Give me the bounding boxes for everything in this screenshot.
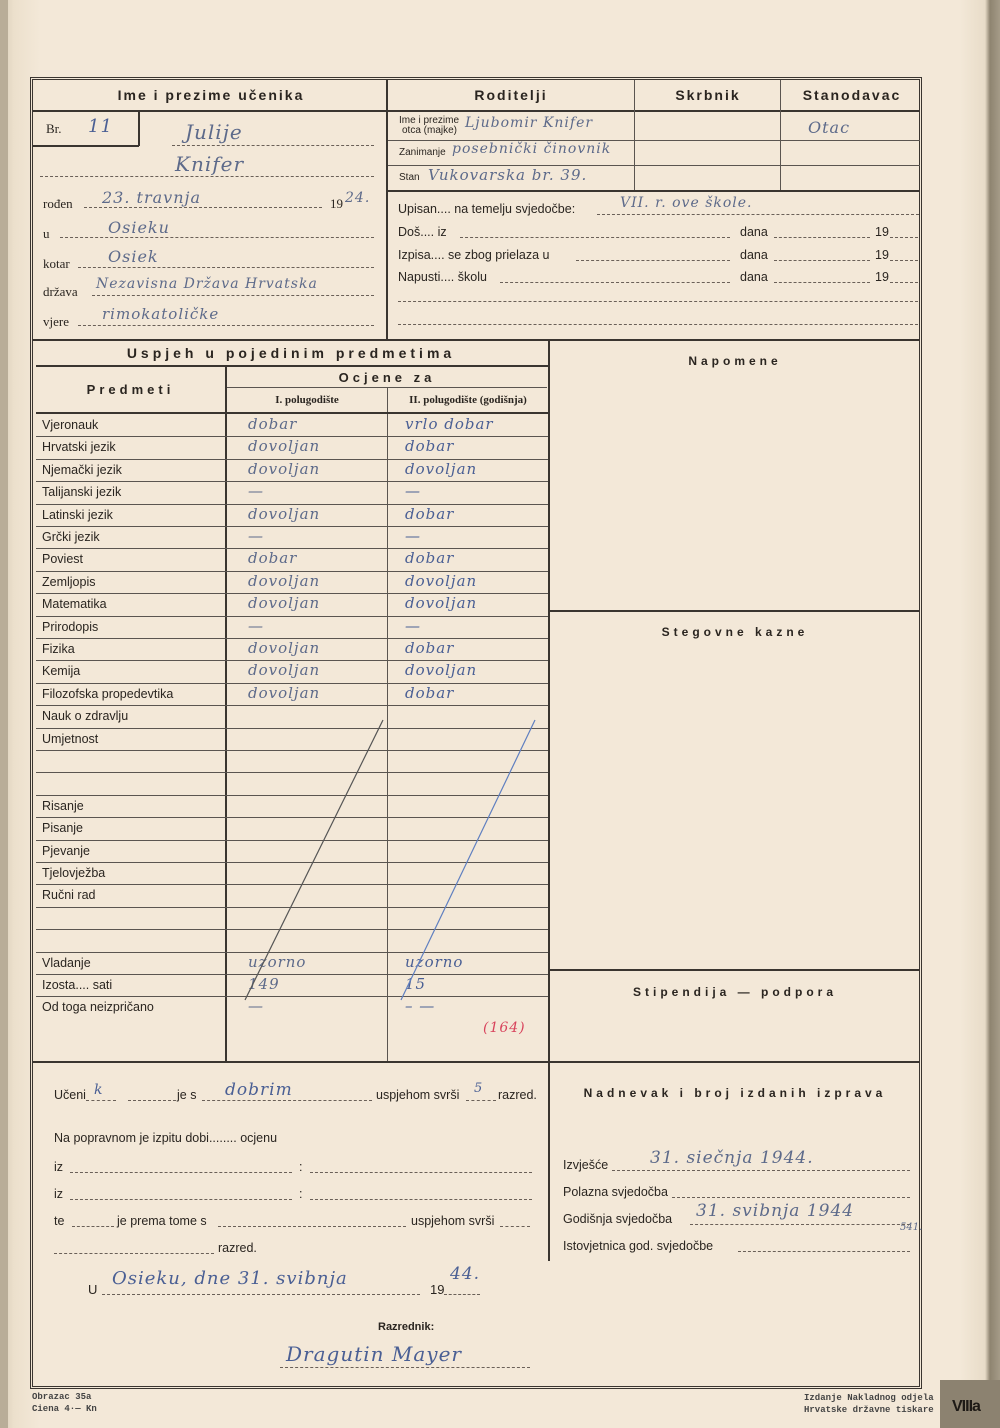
dotted-line bbox=[202, 1100, 372, 1101]
grade-term1: dovoljan bbox=[248, 661, 320, 679]
divider bbox=[33, 110, 919, 112]
date-label: dana bbox=[740, 270, 768, 284]
divider bbox=[550, 610, 920, 612]
header-parents: Roditelji bbox=[388, 87, 634, 103]
dotted-line bbox=[672, 1197, 910, 1198]
student-first-name: Julije bbox=[185, 120, 243, 144]
born-date: 23. travnja bbox=[102, 188, 201, 207]
dotted-line bbox=[500, 1226, 530, 1227]
subject-name: Latinski jezik bbox=[42, 508, 113, 522]
dotted-line bbox=[310, 1172, 532, 1173]
grade-term2: dobar bbox=[405, 639, 454, 657]
header-term1: I. polugodište bbox=[227, 394, 387, 406]
header-landlord: Stanodavac bbox=[782, 87, 922, 103]
year-prefix: 19 bbox=[875, 270, 889, 284]
subject-name: Talijanski jezik bbox=[42, 485, 121, 499]
dotted-line bbox=[70, 1172, 292, 1173]
subject-name: Risanje bbox=[42, 799, 84, 813]
grade-term1: dovoljan bbox=[248, 639, 320, 657]
publisher-line-2: Hrvatske državne tiskare bbox=[804, 1405, 934, 1415]
grade-term2: dobar bbox=[405, 549, 454, 567]
form-code: Obrazac 35a bbox=[32, 1392, 91, 1402]
occupation-label: Zanimanje bbox=[399, 148, 446, 158]
colon: : bbox=[299, 1160, 302, 1174]
row-divider bbox=[36, 526, 548, 527]
grade-term1: — bbox=[248, 527, 264, 545]
subject-name: Vladanje bbox=[42, 956, 91, 970]
student-label: Učeni bbox=[54, 1088, 86, 1102]
dotted-line bbox=[690, 1224, 910, 1225]
divider bbox=[550, 969, 920, 971]
grade-term1: — bbox=[248, 482, 264, 500]
header-documents: Nadnevak i broj izdanih izprava bbox=[550, 1086, 920, 1100]
divider bbox=[36, 365, 548, 367]
dotted-line bbox=[398, 324, 918, 325]
came-from-label: Doš.... iz bbox=[398, 225, 447, 239]
subject-name: Pjevanje bbox=[42, 844, 90, 858]
divider bbox=[227, 387, 547, 388]
dotted-line bbox=[398, 301, 918, 302]
report-value: 31. siečnja 1944. bbox=[650, 1148, 814, 1168]
teacher-label: Razrednik: bbox=[378, 1321, 434, 1333]
annual-number: 541. bbox=[900, 1222, 922, 1233]
grade-term1: dovoljan bbox=[248, 505, 320, 523]
student-number-label: Br. bbox=[46, 121, 62, 137]
dotted-line bbox=[172, 145, 374, 146]
subject-name: Nauk o zdravlju bbox=[42, 709, 128, 723]
absence-total-note: (164) bbox=[483, 1020, 526, 1036]
grade-term1: — bbox=[248, 617, 264, 635]
subject-name: Izosta.... sati bbox=[42, 978, 112, 992]
born-year-prefix: 19 bbox=[330, 196, 343, 212]
dotted-line bbox=[102, 1294, 420, 1295]
completed-label-2: uspjehom svrši bbox=[411, 1214, 494, 1228]
subject-name: Umjetnost bbox=[42, 732, 98, 746]
duplicate-label: Istovjetnica god. svjedočbe bbox=[563, 1239, 713, 1253]
dotted-line bbox=[84, 207, 322, 208]
row-divider bbox=[36, 481, 548, 482]
annual-label: Godišnja svjedočba bbox=[563, 1212, 672, 1226]
subject-name: Fizika bbox=[42, 642, 75, 656]
row-divider bbox=[36, 616, 548, 617]
grade-term1: dovoljan bbox=[248, 684, 320, 702]
report-label: Izvješće bbox=[563, 1158, 608, 1172]
divider bbox=[634, 80, 635, 190]
subject-name: Matematika bbox=[42, 597, 107, 611]
year-prefix: 19 bbox=[875, 248, 889, 262]
dotted-line bbox=[774, 237, 870, 238]
divider bbox=[548, 339, 550, 1061]
date-label: dana bbox=[740, 248, 768, 262]
landlord-value: Otac bbox=[808, 118, 850, 137]
grade-term2: — bbox=[405, 482, 421, 500]
header-scholarship: Stipendija — podpora bbox=[550, 985, 920, 999]
je-s-label: je s bbox=[177, 1088, 196, 1102]
teacher-signature: Dragutin Mayer bbox=[286, 1342, 462, 1366]
dotted-line bbox=[218, 1226, 406, 1227]
transfer-label: Izpisa.... se zbog prielaza u bbox=[398, 248, 549, 262]
grade-term2: vrlo dobar bbox=[405, 415, 494, 433]
parent-name: Ljubomir Knifer bbox=[465, 115, 593, 131]
te-label: te bbox=[54, 1214, 64, 1228]
place-u-label: U bbox=[88, 1282, 97, 1297]
grade-term1: dovoljan bbox=[248, 437, 320, 455]
dotted-line bbox=[310, 1199, 532, 1200]
dotted-line bbox=[70, 1199, 292, 1200]
dotted-line bbox=[576, 260, 730, 261]
place-date: Osieku, dne 31. svibnja bbox=[112, 1268, 348, 1289]
dotted-line bbox=[774, 282, 870, 283]
dotted-line bbox=[86, 1100, 116, 1101]
grade-term2: dobar bbox=[405, 505, 454, 523]
year-prefix: 19 bbox=[875, 225, 889, 239]
parent-name-label-2: otca (majke) bbox=[402, 126, 457, 136]
dotted-line bbox=[92, 295, 374, 296]
dotted-line bbox=[78, 267, 374, 268]
enrolled-label: Upisan.... na temelju svjedočbe: bbox=[398, 202, 575, 216]
dotted-line bbox=[612, 1170, 910, 1171]
quit-label: Napusti.... školu bbox=[398, 270, 487, 284]
grade-term1: dobar bbox=[248, 549, 297, 567]
subject-name: Tjelovježba bbox=[42, 866, 105, 880]
makeup-label: Na popravnom je izpitu dobi........ ocje… bbox=[54, 1131, 277, 1145]
header-success: Uspjeh u pojedinim predmetima bbox=[36, 345, 546, 361]
subject-name: Njemački jezik bbox=[42, 463, 122, 477]
born-label: rođen bbox=[43, 196, 73, 212]
ledger-tab-label: VIIIa bbox=[952, 1398, 980, 1416]
form-price: Ciena 4·— Kn bbox=[32, 1404, 97, 1414]
class-label: razred. bbox=[498, 1088, 537, 1102]
divider bbox=[225, 365, 227, 1061]
prema-label: je prema tome s bbox=[117, 1214, 207, 1228]
dotted-line bbox=[40, 176, 374, 177]
born-year: 24. bbox=[345, 190, 370, 206]
dotted-line bbox=[60, 237, 374, 238]
grade-term2: dobar bbox=[405, 437, 454, 455]
strike-line-term2 bbox=[395, 715, 545, 1005]
header-grades-for: Ocjene za bbox=[227, 370, 547, 385]
class-value: 5 bbox=[474, 1081, 483, 1096]
header-discipline: Stegovne kazne bbox=[550, 625, 920, 639]
header-subjects: Predmeti bbox=[36, 382, 225, 397]
dotted-line bbox=[890, 260, 918, 261]
divider bbox=[138, 110, 140, 146]
state: Nezavisna Država Hrvatska bbox=[96, 276, 318, 292]
subject-name: Hrvatski jezik bbox=[42, 440, 116, 454]
subject-name: Poviest bbox=[42, 552, 83, 566]
religion-label: vjere bbox=[43, 314, 69, 330]
occupation: posebnički činovnik bbox=[452, 141, 611, 157]
grade-term2: dobar bbox=[405, 684, 454, 702]
religion: rimokatoličke bbox=[102, 305, 219, 323]
dotted-line bbox=[597, 214, 919, 215]
district-label: kotar bbox=[43, 256, 70, 272]
dotted-line bbox=[128, 1100, 176, 1101]
grade-term2: — bbox=[405, 527, 421, 545]
divider bbox=[388, 190, 920, 192]
strike-line-term1 bbox=[240, 715, 390, 1005]
student-last-name: Knifer bbox=[175, 152, 244, 176]
header-term2: II. polugodište (godišnja) bbox=[389, 394, 547, 406]
enrolled-value: VII. r. ove škole. bbox=[620, 195, 753, 211]
departure-label: Polazna svjedočba bbox=[563, 1185, 668, 1199]
dotted-line bbox=[444, 1294, 480, 1295]
district: Osiek bbox=[108, 247, 159, 266]
residence-label: Stan bbox=[399, 173, 420, 183]
divider bbox=[33, 145, 139, 147]
publisher-line-1: Izdanje Nakladnog odjela bbox=[804, 1393, 934, 1403]
birthplace: Osieku bbox=[108, 218, 170, 237]
dotted-line bbox=[78, 325, 374, 326]
residence: Vukovarska br. 39. bbox=[428, 166, 587, 184]
header-student-name: Ime i prezime učenika bbox=[36, 87, 386, 103]
divider bbox=[33, 1061, 919, 1063]
class-label-2: razred. bbox=[218, 1241, 257, 1255]
student-suffix: k bbox=[94, 1082, 103, 1098]
dotted-line bbox=[460, 237, 730, 238]
subject-name: Prirodopis bbox=[42, 620, 98, 634]
grade-word: dobrim bbox=[225, 1080, 293, 1100]
subject-name: Grčki jezik bbox=[42, 530, 100, 544]
grade-term2: — bbox=[405, 617, 421, 635]
grade-term2: dovoljan bbox=[405, 661, 477, 679]
dotted-line bbox=[466, 1100, 496, 1101]
subject-name: Pisanje bbox=[42, 821, 83, 835]
header-guardian: Skrbnik bbox=[636, 87, 780, 103]
subject-name: Kemija bbox=[42, 664, 80, 678]
completed-label: uspjehom svrši bbox=[376, 1088, 459, 1102]
subject-name: Vjeronauk bbox=[42, 418, 98, 432]
grade-term2: dovoljan bbox=[405, 594, 477, 612]
grade-term1: dovoljan bbox=[248, 460, 320, 478]
dotted-line bbox=[500, 282, 730, 283]
annual-value: 31. svibnja 1944 bbox=[696, 1201, 854, 1221]
date-label: dana bbox=[740, 225, 768, 239]
dotted-line bbox=[54, 1253, 214, 1254]
subject-name: Filozofska propedevtika bbox=[42, 687, 173, 701]
grade-term2: dovoljan bbox=[405, 572, 477, 590]
iz-label-2: iz bbox=[54, 1187, 63, 1201]
grade-term1: dobar bbox=[248, 415, 297, 433]
divider bbox=[780, 80, 781, 190]
dotted-line bbox=[890, 237, 918, 238]
dotted-line bbox=[280, 1367, 530, 1368]
divider bbox=[33, 339, 919, 341]
colon: : bbox=[299, 1187, 302, 1201]
student-number: 11 bbox=[88, 116, 113, 137]
sign-year: 44. bbox=[450, 1264, 480, 1284]
grade-term2: dovoljan bbox=[405, 460, 477, 478]
subject-name: Od toga neizpričano bbox=[42, 1000, 154, 1014]
subject-name: Ručni rad bbox=[42, 888, 96, 902]
iz-label-1: iz bbox=[54, 1160, 63, 1174]
divider bbox=[36, 412, 548, 414]
dotted-line bbox=[738, 1251, 910, 1252]
grade-term1: dovoljan bbox=[248, 594, 320, 612]
divider bbox=[386, 80, 388, 340]
state-label: država bbox=[43, 284, 78, 300]
sign-year-prefix: 19 bbox=[430, 1282, 444, 1297]
page-binding-edge bbox=[0, 0, 8, 1428]
dotted-line bbox=[890, 282, 918, 283]
header-notes: Napomene bbox=[550, 354, 920, 368]
dotted-line bbox=[774, 260, 870, 261]
row-divider bbox=[36, 705, 548, 706]
dotted-line bbox=[72, 1226, 114, 1227]
birthplace-label: u bbox=[43, 226, 50, 242]
grade-term1: dovoljan bbox=[248, 572, 320, 590]
subject-name: Zemljopis bbox=[42, 575, 96, 589]
